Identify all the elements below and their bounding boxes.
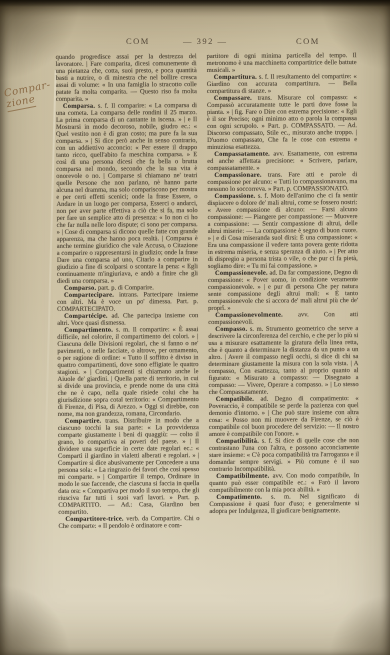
entry-compasso: Compasso. s. m. Strumento geometrico che… — [208, 325, 358, 396]
scanned-dictionary-page: COM — 392 — COM Compar- zione quando pro… — [0, 0, 390, 655]
entry-compassionevole: Compassionevole. ad. Da far compassione,… — [208, 269, 358, 312]
entry-compassionare: Compassionare. trans. Fare atti e parole… — [207, 171, 357, 193]
entry-compartitura: Compartitura. s. f. Il resultamento del … — [207, 73, 357, 95]
entry-text: s. m. Il compartire: « È assai difficile… — [57, 326, 199, 418]
entry-text: partitore di ogni minima particella del … — [207, 52, 357, 74]
header-column-right: COM — [296, 36, 320, 46]
right-column: partitore di ogni minima particella del … — [207, 52, 360, 529]
page-top-shadow — [0, 0, 390, 7]
left-column: quando progredisce assai per la destrezz… — [56, 53, 200, 530]
entry-compartitore-continuation: partitore di ogni minima particella del … — [207, 52, 357, 74]
page-number: — 392 — — [183, 36, 228, 46]
entry-compatimento: Compatimento. s. m. Nel significato di C… — [209, 493, 359, 515]
entry-text: trans. Misurare col compasso: « Compassò… — [207, 94, 357, 151]
entry-compartecipe: Compartécipe. ad. Che partecipa insieme … — [57, 312, 198, 327]
entry-compartitore: Compartitore-trice. verb. da Compartire.… — [58, 515, 199, 530]
entry-text: s. f. Moto dell'animo che ci fa sentir d… — [208, 192, 358, 270]
entry-text: trans. Distribuire in modo che a ciascun… — [58, 417, 200, 516]
entry-text: quando progredisce assai per la destrezz… — [56, 53, 197, 103]
entry-compatibilita: Compatibilità. s. f. Si dice di quelle c… — [209, 437, 359, 473]
entry-text: s. m. Strumento geometrico che serve a d… — [208, 325, 358, 396]
entry-compassione: Compassione. s. f. Moto dell'animo che c… — [207, 192, 357, 270]
entry-compassionevolmente: Compassionevolmente. avv. Con atti compa… — [208, 311, 358, 326]
paper-crease — [43, 70, 56, 500]
entry-compartecipare: Compartecipare. intrans. Partecipare ins… — [57, 291, 198, 313]
text-columns: quando progredisce assai per la destrezz… — [56, 52, 360, 530]
entry-comparita-continuation: quando progredisce assai per la destrezz… — [56, 53, 197, 103]
header-column-left: COM — [126, 36, 150, 46]
entry-compassatamente: Compassatamente. avv. Esattamente, con e… — [207, 150, 357, 172]
entry-text: s. f. Il comparire: « La comparsa di una… — [56, 102, 198, 285]
entry-compatibile: Compatibile. ad. Degno di compatimento: … — [209, 395, 359, 438]
entry-comparsa: Comparsa. s. f. Il comparire: « La compa… — [56, 102, 198, 285]
entry-compatibilmente: Compatibilmente. avv. Con modo compatibi… — [209, 472, 359, 494]
handwritten-margin-annotation: Compar- zione — [3, 80, 54, 112]
entry-compartimento: Compartimento. s. m. Il compartire: « È … — [57, 326, 199, 418]
entry-compartire: Compartire. trans. Distribuire in modo c… — [58, 417, 200, 516]
entry-compassare: Compassare. trans. Misurare col compasso… — [207, 94, 357, 151]
